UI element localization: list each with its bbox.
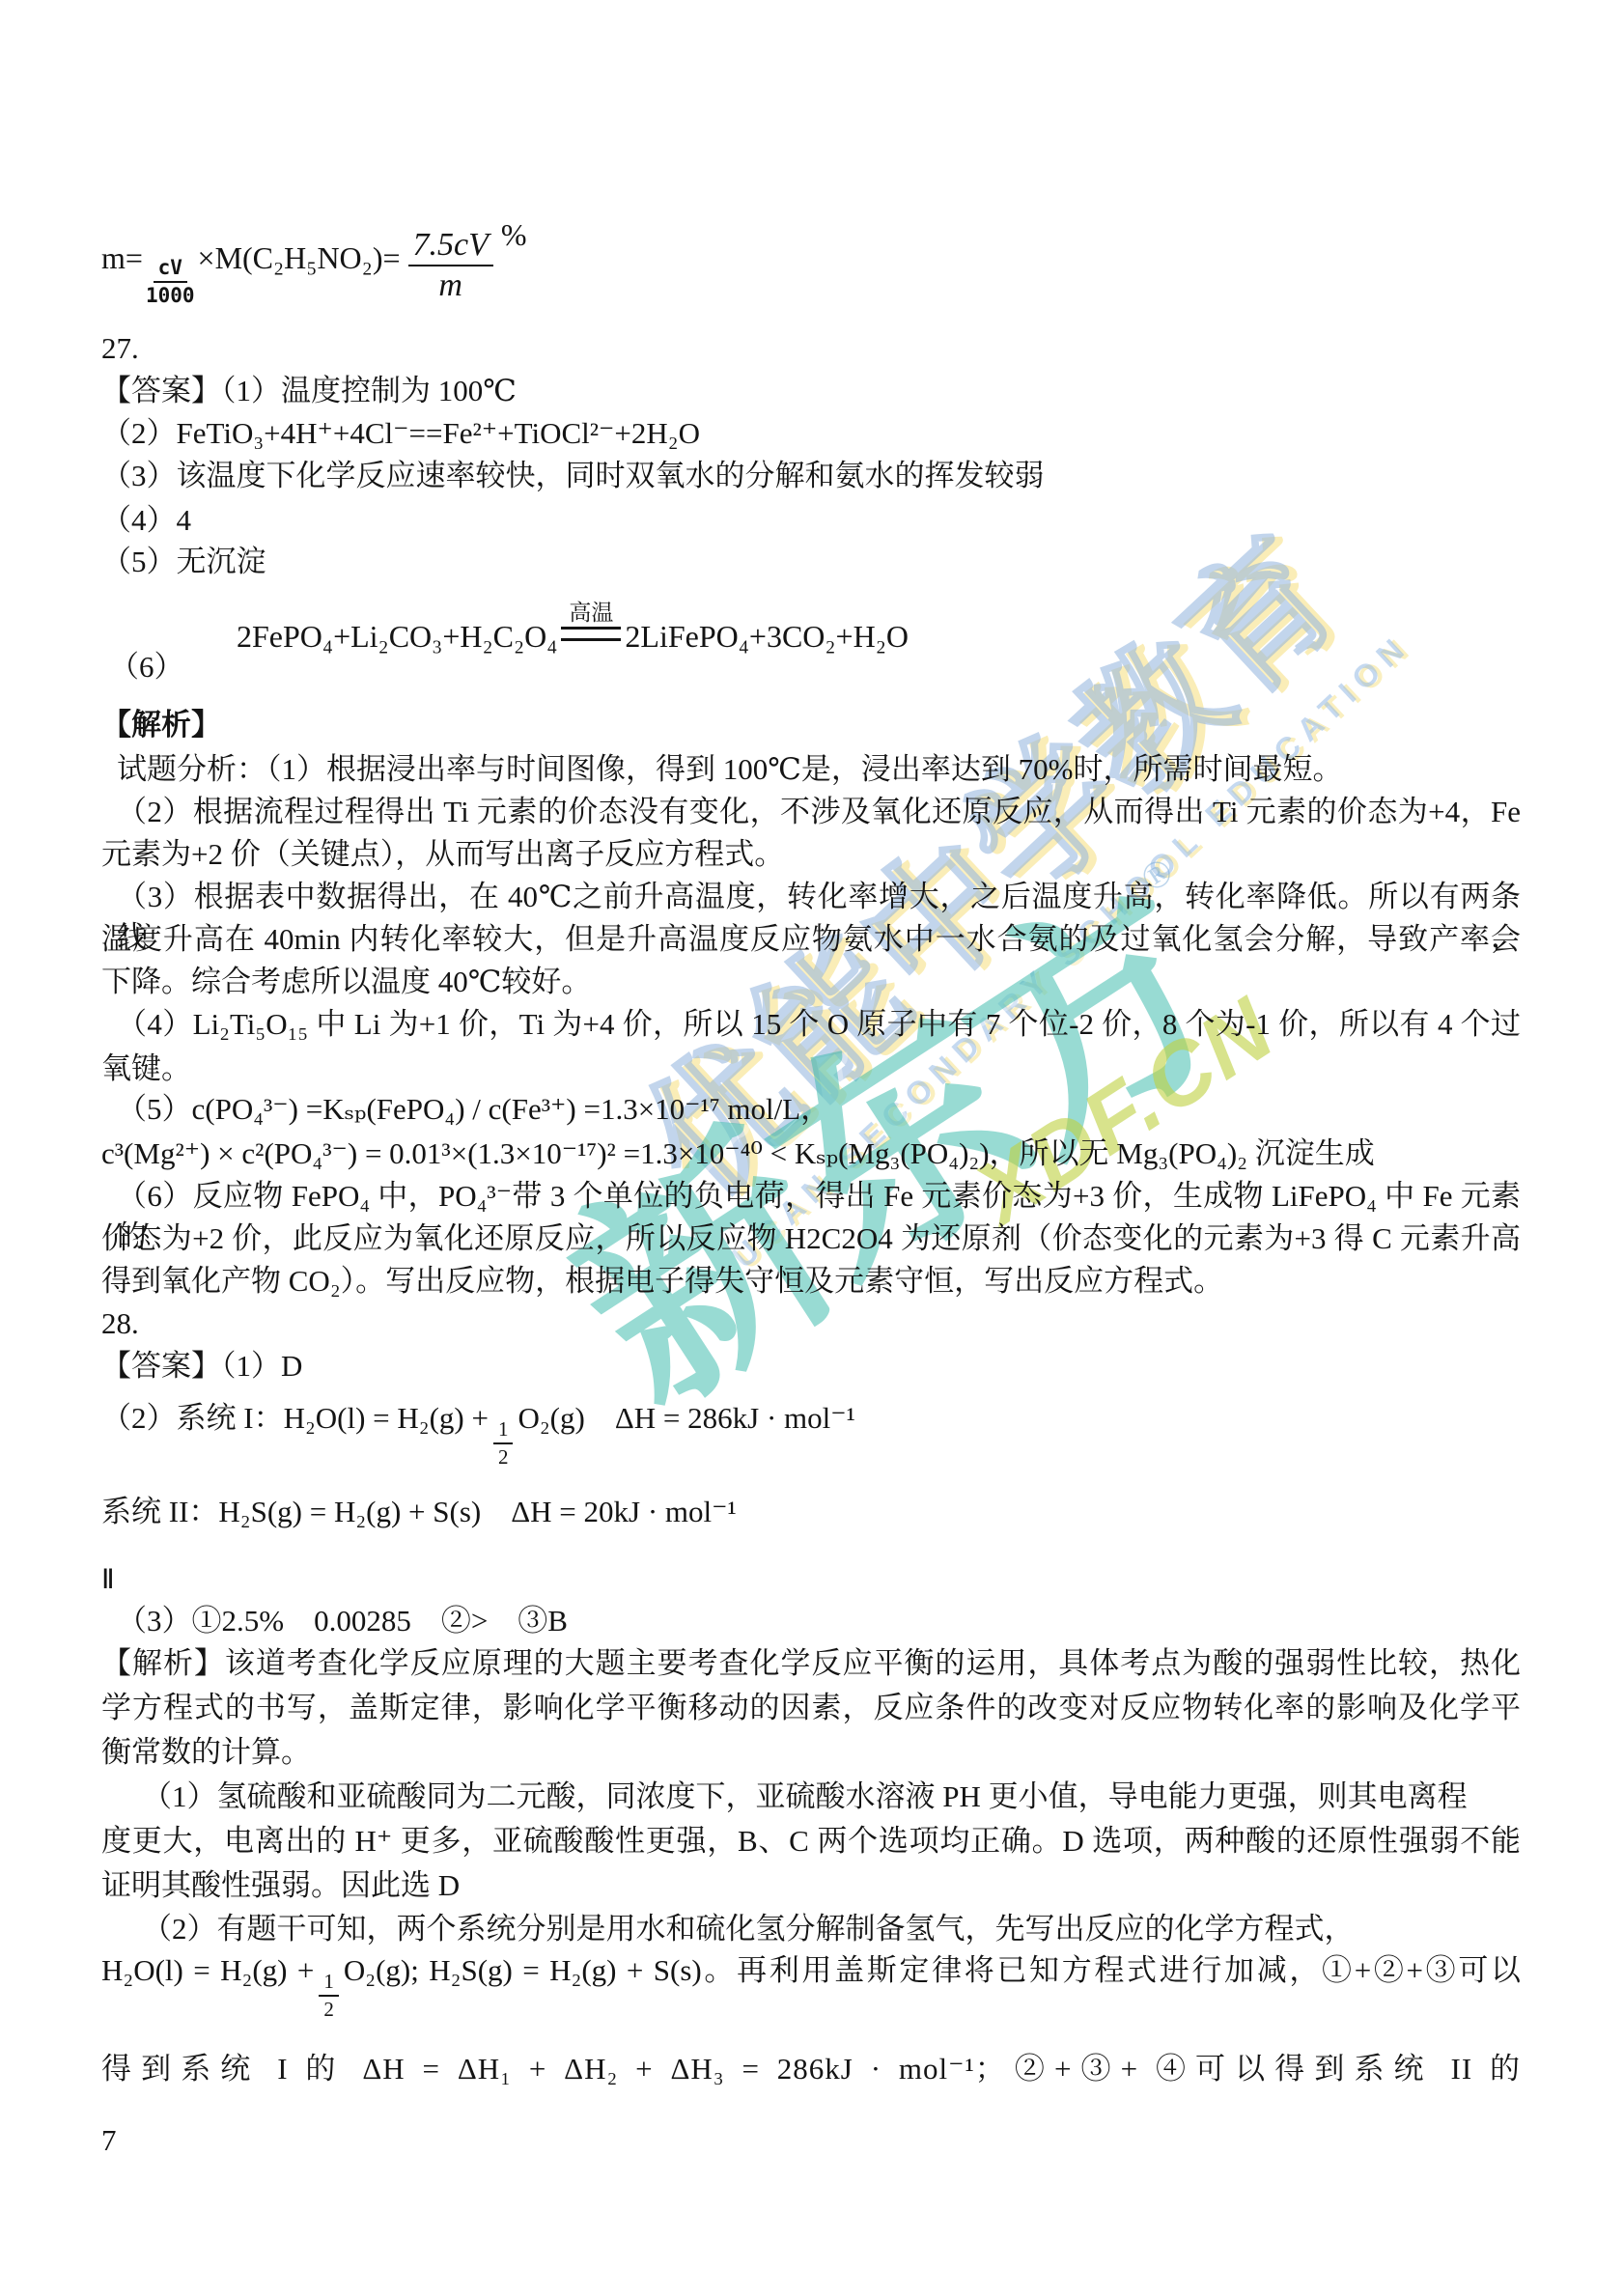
hess-eq-right: O₂(g); H₂S(g) = H₂(g) + S(s)。再利用盖斯定律将已知方… <box>344 1953 1521 1987</box>
fraction-cv-1000: cV1000 <box>146 257 195 306</box>
q27-answer-5: （5）无沉淀 <box>101 542 1521 582</box>
q28-explain-p6: 证明其酸性强弱。因此选 D <box>101 1865 1521 1906</box>
q27-analysis-label: 【解析】 <box>101 705 1521 745</box>
formula-lhs: m= <box>101 240 143 275</box>
eq6-condition: 高温 <box>569 593 613 633</box>
q27-analysis-p2: （2）根据流程过程得出 Ti 元素的价态没有变化，不涉及氧化还原反应，从而得出 … <box>101 792 1521 832</box>
page-number: 7 <box>101 2120 1521 2161</box>
q28-hess-equations-line: H₂O(l) = H₂(g) +12O₂(g); H₂S(g) = H₂(g) … <box>101 1950 1521 2020</box>
system1-prefix: （2）系统 I： <box>101 1401 284 1435</box>
q28-explain-p2: 学方程式的书写，盖斯定律，影响化学平衡移动的因素，反应条件的改变对反应物转化率的… <box>101 1688 1521 1728</box>
q27-answer-3: （3）该温度下化学反应速率较快，同时双氧水的分解和氨水的挥发较弱 <box>101 456 1521 496</box>
q28-explain-p7: （2）有题干可知，两个系统分别是用水和硫化氢分解制备氢气，先写出反应的化学方程式… <box>101 1909 1521 1949</box>
formula-percent: % <box>501 217 527 252</box>
q27-analysis-p8: 氧键。 <box>101 1049 1521 1089</box>
fraction-one-half-2: 12 <box>319 1971 339 2020</box>
q28-explain-p1: 【解析】该道考查化学反应原理的大题主要考查化学反应平衡的运用，具体考点为酸的强弱… <box>101 1643 1521 1684</box>
q28-system1-equation: （2）系统 I：H₂O(l) = H₂(g) +12O₂(g) ΔH = 286… <box>101 1398 1521 1468</box>
hess-eq-left: H₂O(l) = H₂(g) + <box>101 1953 314 1987</box>
q28-hess-sum-line: 得到系统 I 的 ΔH = ΔH₁ + ΔH₂ + ΔH₃ = 286kJ · … <box>101 2049 1521 2089</box>
q27-analysis-p6: 下降。综合考虑所以温度 40℃较好。 <box>101 962 1521 1002</box>
q27-answer-1: 【答案】（1）温度控制为 100℃ <box>101 371 1521 411</box>
q27-analysis-p13: 得到氧化产物 CO₂）。写出反应物，根据电子得失守恒及元素守恒，写出反应方程式。 <box>101 1261 1521 1302</box>
q28-system2-equation: 系统 II：H₂S(g) = H₂(g) + S(s) ΔH = 20kJ · … <box>101 1492 1521 1532</box>
q27-answer-6-equation: （6） 2FePO₄+Li₂CO₃+H₂C₂O₄高温2LiFePO₄+3CO₂+… <box>101 587 1521 693</box>
q27-analysis-p1: 试题分析：（1）根据浸出率与时间图像，得到 100℃是，浸出率达到 70%时，所… <box>101 749 1521 790</box>
eq6-reactants: 2FePO₄+Li₂CO₃+H₂C₂O₄ <box>237 619 557 654</box>
formula-mid: ×M(C₂H₅NO₂)= <box>198 240 401 275</box>
q28-explain-p3: 衡常数的计算。 <box>101 1732 1521 1773</box>
q28-explain-p5: 度更大，电离出的 H⁺ 更多，亚硫酸酸性更强，B、C 两个选项均正确。D 选项，… <box>101 1821 1521 1862</box>
q28-answer-3: （3）①2.5% 0.00285 ②> ③B <box>101 1601 1521 1641</box>
q27-analysis-p3: 元素为+2 价（关键点），从而写出离子反应方程式。 <box>101 834 1521 875</box>
q27-analysis-p10: c³(Mg²⁺) × c²(PO₄³⁻) = 0.01³×(1.3×10⁻¹⁷)… <box>101 1134 1521 1174</box>
q27-analysis-p5: 温度升高在 40min 内转化率较大，但是升高温度反应物氨水中一水合氨的及过氧化… <box>101 919 1521 960</box>
q27-analysis-p9: （5）c(PO₄³⁻) =Kₛₚ(FePO₄) / c(Fe³⁺) =1.3×1… <box>101 1089 1521 1130</box>
fraction-75cv-m: 7.5cVm <box>408 228 493 302</box>
eq6-products: 2LiFePO₄+3CO₂+H₂O <box>625 619 909 654</box>
q27-answer-4: （4）4 <box>101 500 1521 541</box>
q28-explain-p4: （1）氢硫酸和亚硫酸同为二元酸，同浓度下，亚硫酸水溶液 PH 更小值，导电能力更… <box>101 1777 1521 1817</box>
system1-eq-right: O₂(g) ΔH = 286kJ · mol⁻¹ <box>518 1401 854 1435</box>
q28-number: 28. <box>101 1303 1521 1344</box>
q28-answer-1: 【答案】（1）D <box>101 1346 1521 1386</box>
q27-number: 27. <box>101 328 1521 369</box>
document-page: 优能中学教育 UCAN SECONDARY SCHOOL EDUCATION 新… <box>0 0 1623 2296</box>
q27-answer-2: （2）FeTiO₃+4H⁺+4Cl⁻==Fe²⁺+TiOCl²⁻+2H₂O <box>101 413 1521 454</box>
q28-stray-ii: II <box>101 1559 1521 1600</box>
fraction-one-half: 12 <box>493 1418 514 1468</box>
formula-glycine-mass: m=cV1000×M(C₂H₅NO₂)=7.5cVm% <box>101 214 1521 306</box>
system1-eq-left: H₂O(l) = H₂(g) + <box>284 1401 489 1435</box>
q27-answer-6-reaction: 2FePO₄+Li₂CO₃+H₂C₂O₄高温2LiFePO₄+3CO₂+H₂O <box>237 616 909 657</box>
q27-analysis-p7: （4）Li₂Ti₅O₁₅ 中 Li 为+1 价，Ti 为+4 价，所以 15 个… <box>101 1004 1521 1045</box>
eq6-equals-with-condition: 高温 <box>557 616 625 657</box>
q27-answer-6-label: （6） <box>109 647 184 687</box>
q27-analysis-p12: 价态为+2 价，此反应为氧化还原反应，所以反应物 H2C2O4 为还原剂（价态变… <box>101 1218 1521 1259</box>
